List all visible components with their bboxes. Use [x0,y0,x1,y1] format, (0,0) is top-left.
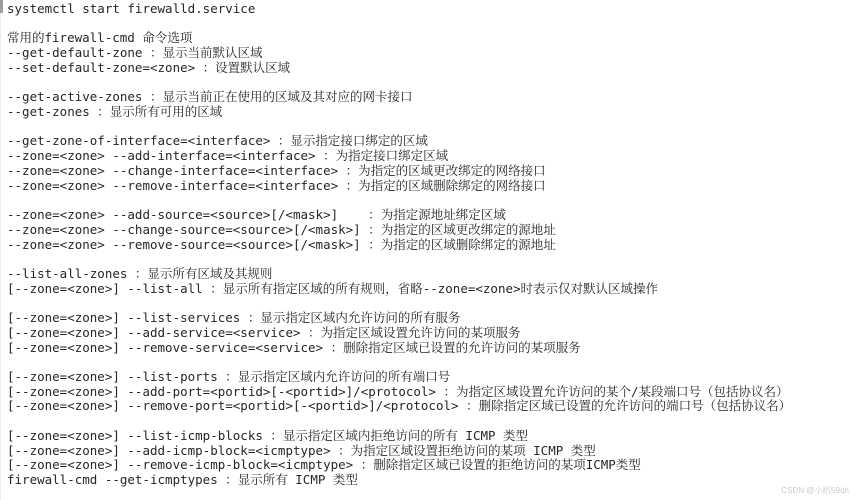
code-line: --get-zone-of-interface=<interface> ：显示指… [7,134,854,149]
code-line: --set-default-zone=<zone> ：设置默认区域 [7,61,854,76]
code-line [7,120,854,135]
code-line: [--zone=<zone>] --remove-port=<portid>[-… [7,399,854,414]
code-line: [--zone=<zone>] --list-ports ：显示指定区域内允许访… [7,370,854,385]
code-line: [--zone=<zone>] --list-icmp-blocks ：显示指定… [7,429,854,444]
code-line: --list-all-zones ：显示所有区域及其规则 [7,267,854,282]
code-line: [--zone=<zone>] --add-port=<portid>[-<po… [7,385,854,400]
code-line: --zone=<zone> --change-interface=<interf… [7,164,854,179]
code-line: [--zone=<zone>] --list-services ：显示指定区域内… [7,311,854,326]
code-line [7,414,854,429]
code-line [7,76,854,91]
csdn-watermark: CSDN @小稻S9qh [781,485,849,496]
code-line: [--zone=<zone>] --remove-service=<servic… [7,341,854,356]
code-block-corner-notch [0,0,3,13]
code-line: --zone=<zone> --change-source=<source>[/… [7,223,854,238]
code-line: firewall-cmd --get-icmptypes ：显示所有 ICMP … [7,473,854,488]
code-line: --zone=<zone> --add-source=<source>[/<ma… [7,208,854,223]
firewall-cmd-reference-text: systemctl start firewalld.service 常用的fir… [7,2,854,488]
code-line: --get-zones ：显示所有可用的区域 [7,105,854,120]
code-line: [--zone=<zone>] --add-icmp-block=<icmpty… [7,444,854,459]
code-line: [--zone=<zone>] --remove-icmp-block=<icm… [7,458,854,473]
code-line: --zone=<zone> --add-interface=<interface… [7,149,854,164]
code-line: --get-default-zone ：显示当前默认区域 [7,46,854,61]
code-line: [--zone=<zone>] --list-all ：显示所有指定区域的所有规… [7,282,854,297]
code-line [7,296,854,311]
code-line: systemctl start firewalld.service [7,2,854,17]
code-line [7,193,854,208]
code-line: 常用的firewall-cmd 命令选项 [7,31,854,46]
code-line [7,252,854,267]
page: systemctl start firewalld.service 常用的fir… [0,0,854,500]
code-block-left-border [0,0,1,500]
code-line: --get-active-zones ：显示当前正在使用的区域及其对应的网卡接口 [7,90,854,105]
code-line: [--zone=<zone>] --add-service=<service> … [7,326,854,341]
code-line: --zone=<zone> --remove-interface=<interf… [7,179,854,194]
code-line: --zone=<zone> --remove-source=<source>[/… [7,238,854,253]
code-line [7,355,854,370]
code-line [7,17,854,32]
